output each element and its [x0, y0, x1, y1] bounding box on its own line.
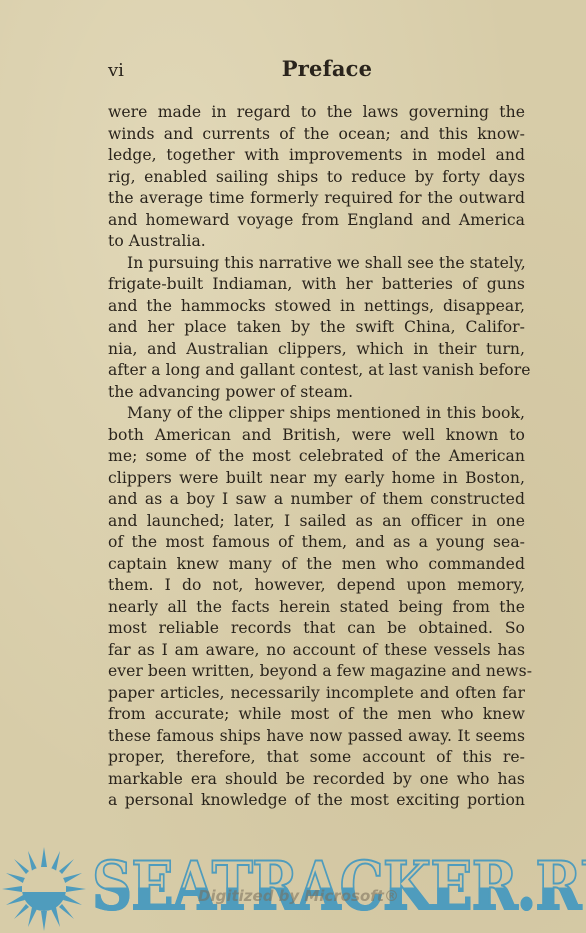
text-line: the average time formerly required for t…: [108, 188, 525, 210]
text-line: to Australia.: [108, 231, 525, 253]
text-line: captain knew many of the men who command…: [108, 554, 525, 576]
paragraph-start: In pursuing this narrative we shall see …: [108, 253, 525, 275]
text-line: me; some of the most celebrated of the A…: [108, 446, 525, 468]
text-line: of the most famous of them, and as a you…: [108, 532, 525, 554]
digitized-by-label: Digitized by Microsoft®: [198, 887, 399, 905]
text-line: and her place taken by the swift China, …: [108, 317, 525, 339]
text-line: far as I am aware, no account of these v…: [108, 640, 525, 662]
text-line: nearly all the facts herein stated being…: [108, 597, 525, 619]
text-line: from accurate; while most of the men who…: [108, 704, 525, 726]
text-line: most reliable records that can be obtain…: [108, 618, 525, 640]
watermark-site-name: SEATRACKER.RU: [92, 851, 586, 921]
body-text: were made in regard to the laws governin…: [108, 102, 525, 812]
text-line: and homeward voyage from England and Ame…: [108, 210, 525, 232]
text-line: them. I do not, however, depend upon mem…: [108, 575, 525, 597]
text-line: paper articles, necessarily incomplete a…: [108, 683, 525, 705]
text-line: markable era should be recorded by one w…: [108, 769, 525, 791]
sun-over-sea-icon: [0, 845, 88, 933]
text-line: and launched; later, I sailed as an offi…: [108, 511, 525, 533]
text-line: rig, enabled sailing ships to reduce by …: [108, 167, 525, 189]
running-head: vi Preface: [108, 58, 524, 88]
text-line: winds and currents of the ocean; and thi…: [108, 124, 525, 146]
text-line: ledge, together with improvements in mod…: [108, 145, 525, 167]
text-line: and as a boy I saw a number of them cons…: [108, 489, 525, 511]
paragraph-start: Many of the clipper ships mentioned in t…: [108, 403, 525, 425]
text-line: proper, therefore, that some account of …: [108, 747, 525, 769]
text-line: and the hammocks stowed in nettings, dis…: [108, 296, 525, 318]
text-line: nia, and Australian clippers, which in t…: [108, 339, 525, 361]
chapter-title: Preface: [108, 56, 524, 81]
text-line: were made in regard to the laws governin…: [108, 102, 525, 124]
text-line: ever been written, beyond a few magazine…: [108, 661, 525, 683]
text-line: these famous ships have now passed away.…: [108, 726, 525, 748]
text-line: after a long and gallant contest, at las…: [108, 360, 525, 382]
text-line: frigate-built Indiaman, with her batteri…: [108, 274, 525, 296]
text-line: the advancing power of steam.: [108, 382, 525, 404]
text-line: both American and British, were well kno…: [108, 425, 525, 447]
text-line: a personal knowledge of the most excitin…: [108, 790, 525, 812]
book-page: vi Preface were made in regard to the la…: [0, 0, 586, 933]
seatracker-watermark: SEATRACKER.RU Digitized by Microsoft®: [0, 845, 586, 930]
text-line: clippers were built near my early home i…: [108, 468, 525, 490]
